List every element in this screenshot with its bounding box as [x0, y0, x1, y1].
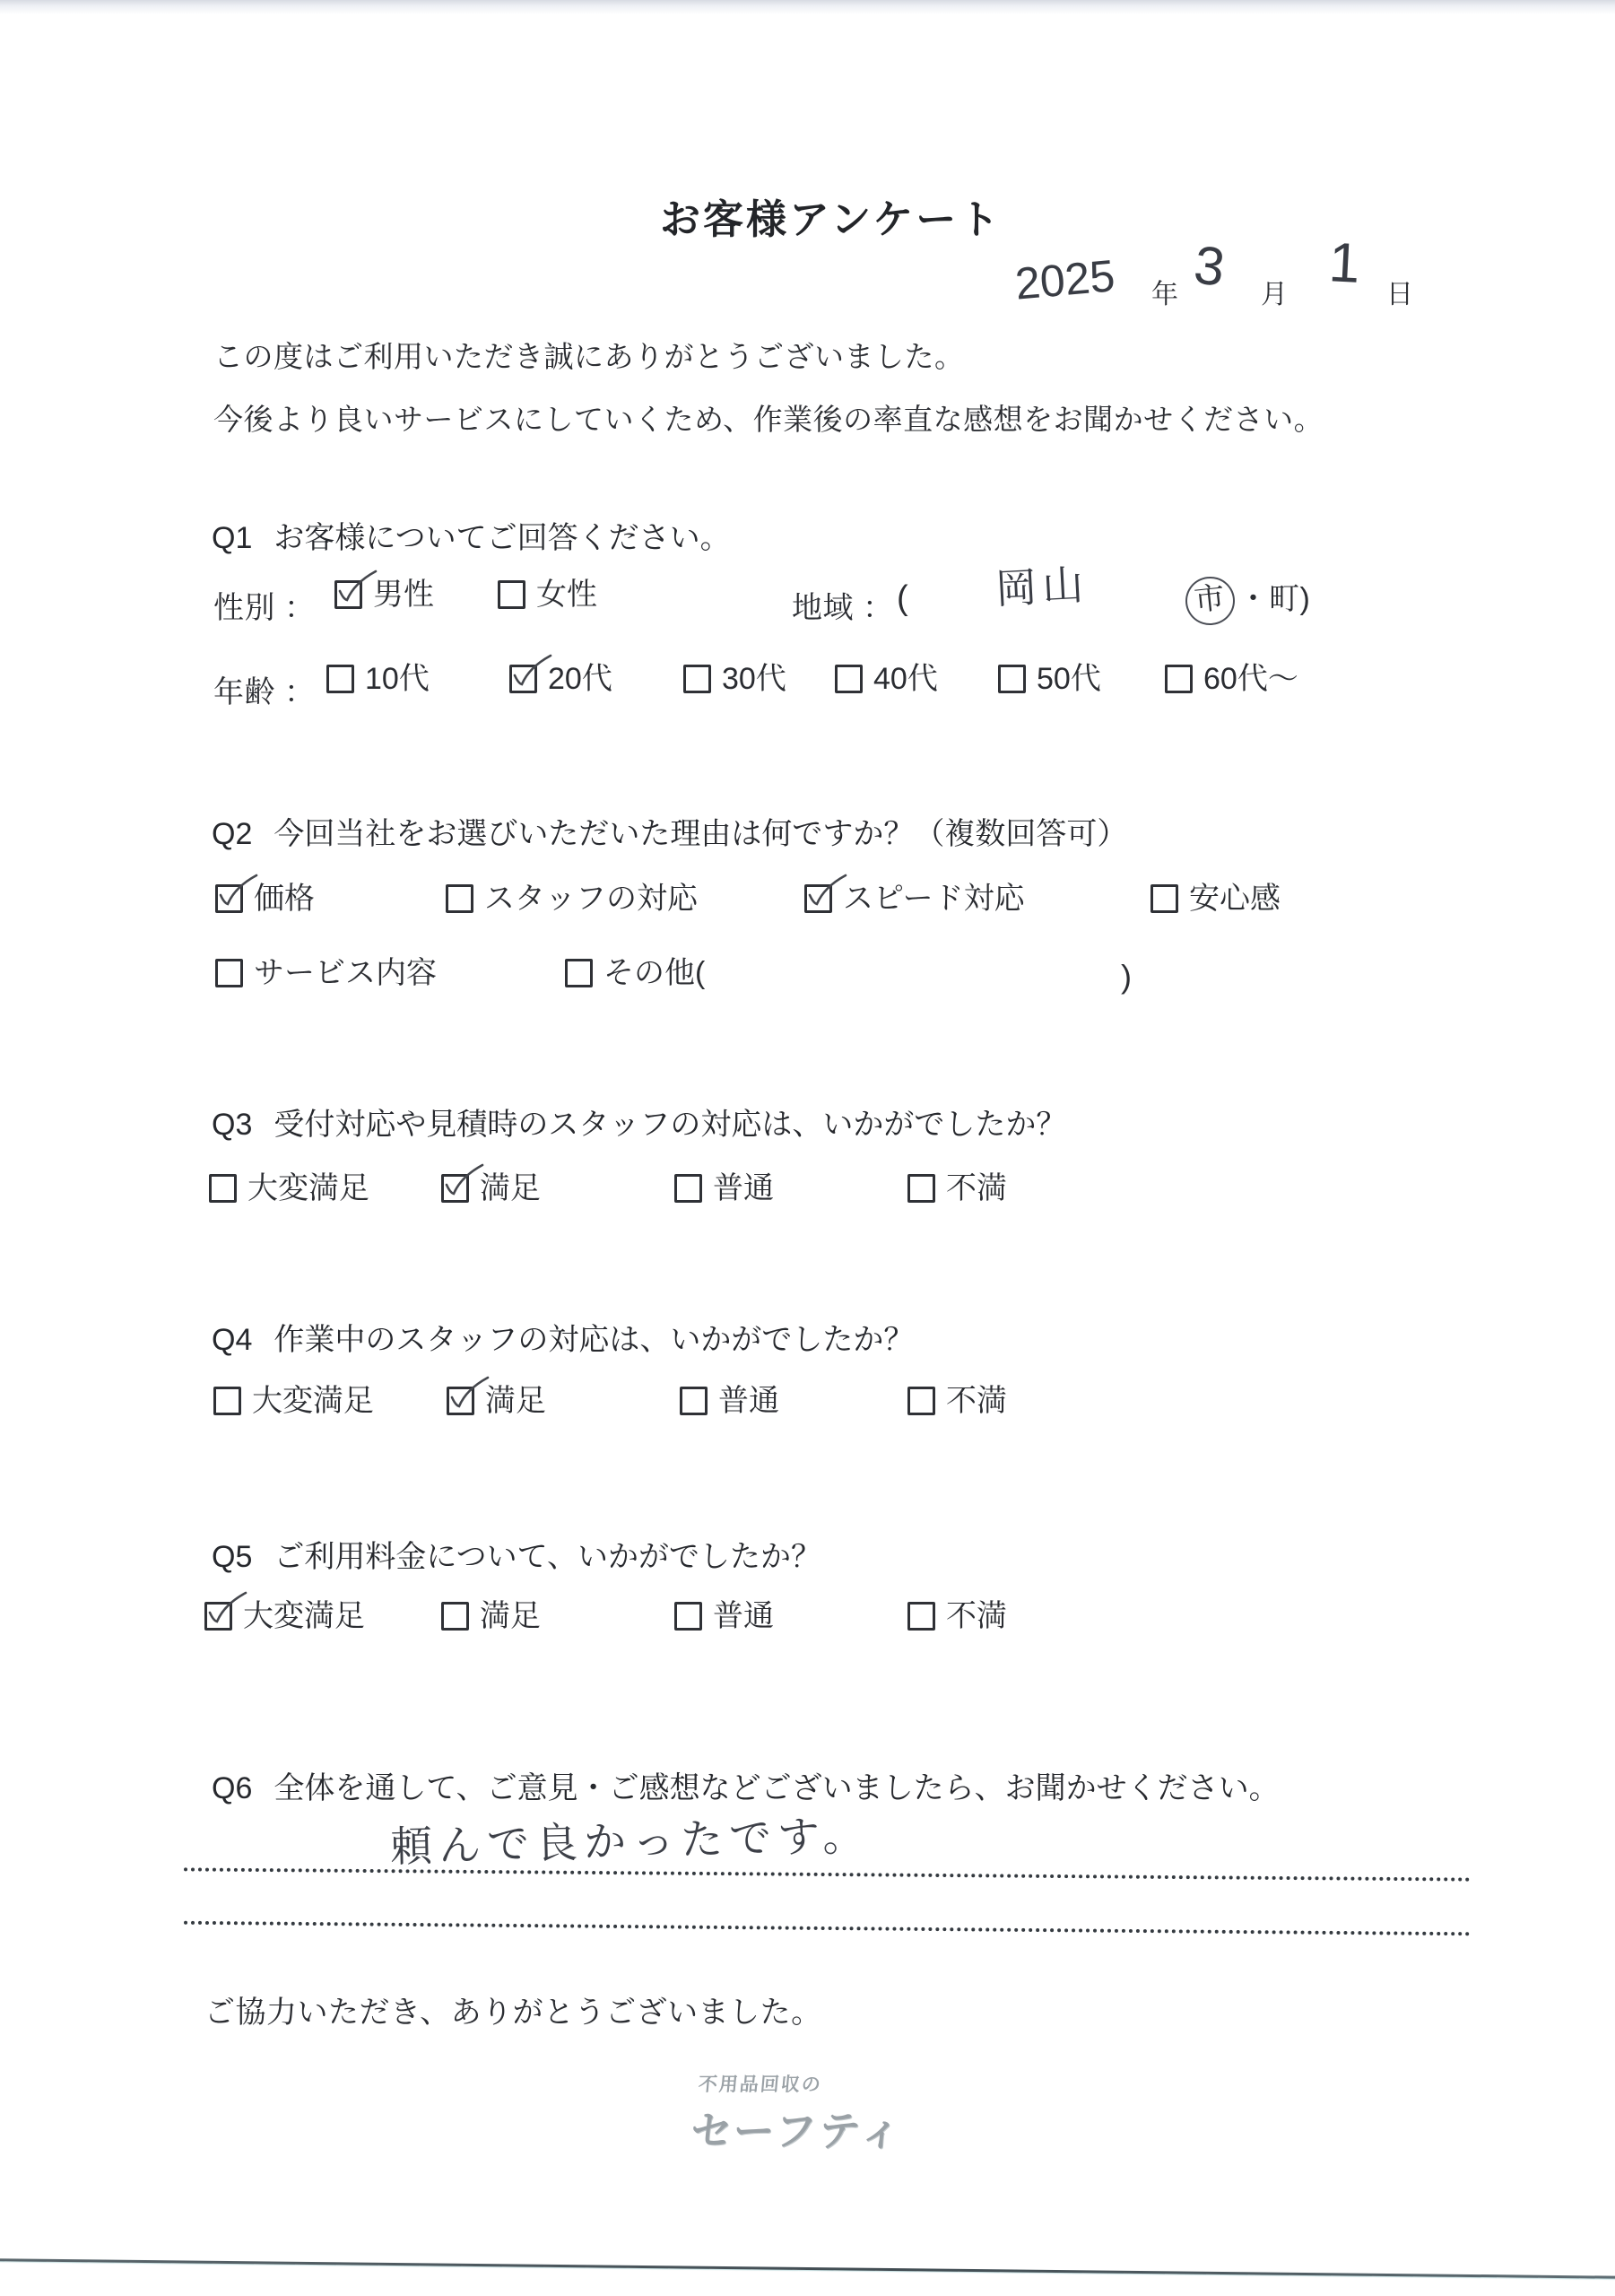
region-rest: ・町): [1238, 582, 1311, 616]
q1-heading: Q1お客様についてご回答ください。: [212, 513, 731, 557]
checkbox-label: 不満: [946, 1386, 1007, 1416]
q1-text: お客様についてご回答ください。: [274, 521, 730, 555]
intro-line-2: 今後より良いサービスにしていくため、作業後の率直な感想をお聞かせください。: [213, 396, 1324, 439]
q4-text: 作業中のスタッフの対応は、いかがでしたか？: [274, 1323, 914, 1357]
checkbox-label: 10代: [365, 664, 430, 694]
q4-heading: Q4作業中のスタッフの対応は、いかがでしたか？: [212, 1315, 914, 1359]
region-paren-open: (: [897, 579, 908, 618]
checkbox: [498, 580, 525, 609]
checkbox: [326, 665, 354, 693]
q6-text: 全体を通して、ご意見・ご感想などございましたら、お聞かせください。: [274, 1771, 1279, 1805]
answer-dotted-line-1: [184, 1867, 1471, 1881]
checkbox: [565, 959, 593, 987]
checkbox: [213, 1387, 241, 1415]
checkbox: [674, 1602, 702, 1631]
checkbox: [509, 665, 537, 693]
handwritten-check-icon: [508, 651, 554, 694]
gender-field-label: 性別 ：: [213, 583, 315, 627]
logo-tagline: 不用品回収の: [698, 2070, 909, 2097]
age-option-20s: 20代: [509, 664, 612, 694]
checkbox-label: 男性: [373, 579, 434, 610]
checkbox-label: スタッフの対応: [484, 883, 698, 914]
q4-option-unsatisfied: 不満: [907, 1386, 1007, 1416]
q2-option-other: その他(: [565, 958, 705, 988]
company-logo: 不用品回収の セーフティ: [689, 2070, 909, 2158]
gender-option-female: 女性: [498, 579, 597, 610]
checkbox: [334, 580, 362, 609]
checkbox: [215, 959, 243, 987]
checkbox-label: 普通: [718, 1386, 779, 1416]
checkbox: [441, 1174, 469, 1203]
handwritten-circle-mark: 市: [1183, 574, 1237, 627]
q5-number: Q5: [212, 1540, 252, 1574]
q5-option-very-satisfied: 大変満足: [204, 1601, 365, 1631]
q2-option-price: 価格: [215, 883, 315, 914]
age-option-50s: 50代: [998, 664, 1101, 694]
scan-noise-top-edge: [0, 0, 1615, 14]
logo-name: セーフティ: [689, 2099, 907, 2158]
region-value-handwritten: 岡山: [994, 552, 1090, 615]
q2-option-speed: スピード対応: [804, 883, 1025, 914]
scanned-survey-page: お客様アンケート 2025 年 3 月 1 日 この度はご利用いただき誠にありが…: [0, 0, 1615, 2296]
q3-option-neutral: 普通: [674, 1173, 774, 1204]
q5-option-neutral: 普通: [674, 1601, 774, 1631]
checkbox-label: 満足: [480, 1173, 541, 1204]
q2-heading: Q2今回当社をお選びいただいた理由は何ですか？（複数回答可）: [212, 809, 1127, 853]
closing-text: ご協力いただき、ありがとうございました。: [204, 1987, 822, 2031]
checkbox: [804, 884, 832, 913]
checkbox: [674, 1174, 702, 1203]
q3-option-very-satisfied: 大変満足: [209, 1173, 369, 1204]
checkbox: [204, 1602, 232, 1631]
checkbox-label: 60代～: [1203, 664, 1298, 694]
age-option-30s: 30代: [683, 664, 786, 694]
checkbox: [907, 1174, 935, 1203]
q4-option-neutral: 普通: [680, 1386, 779, 1416]
gender-option-male: 男性: [334, 579, 434, 610]
handwritten-check-icon: [445, 1373, 491, 1416]
region-suffix: 市・町): [1185, 574, 1310, 625]
date-month-handwritten: 3: [1191, 233, 1229, 299]
q1-number: Q1: [212, 521, 252, 555]
checkbox: [907, 1387, 935, 1415]
q5-option-satisfied: 満足: [441, 1601, 541, 1631]
checkbox: [209, 1174, 237, 1203]
region-field-label: 地域 ：: [792, 583, 893, 627]
checkbox: [1165, 665, 1193, 693]
q2-option-trust: 安心感: [1150, 883, 1281, 914]
checkbox-label: 20代: [548, 664, 612, 694]
checkbox-label: 女性: [536, 579, 597, 610]
checkbox-label: その他(: [603, 958, 705, 988]
checkbox: [441, 1602, 469, 1631]
handwritten-check-icon: [203, 1588, 249, 1631]
handwritten-check-icon: [213, 871, 260, 914]
checkbox-label: 大変満足: [252, 1386, 374, 1416]
checkbox-label: 50代: [1037, 664, 1101, 694]
q3-number: Q3: [212, 1108, 252, 1142]
q2-text: 今回当社をお選びいただいた理由は何ですか？（複数回答可）: [274, 817, 1127, 851]
checkbox-label: サービス内容: [254, 958, 437, 988]
handwritten-check-icon: [439, 1161, 486, 1204]
scan-paper-edge-line: [0, 2258, 1615, 2279]
date-day-unit: 日: [1386, 272, 1413, 311]
handwritten-check-icon: [333, 567, 379, 610]
page-title: お客様アンケート: [660, 187, 1002, 245]
q2-option-staff: スタッフの対応: [446, 883, 698, 914]
checkbox-label: 満足: [480, 1601, 541, 1631]
q6-number: Q6: [212, 1771, 252, 1805]
checkbox: [215, 884, 243, 913]
checkbox-label: 大変満足: [243, 1601, 365, 1631]
handwritten-check-icon: [803, 871, 849, 914]
checkbox: [907, 1602, 935, 1631]
checkbox: [835, 665, 863, 693]
checkbox-label: 不満: [946, 1601, 1007, 1631]
checkbox-label: スピード対応: [843, 883, 1025, 914]
checkbox: [683, 665, 711, 693]
q2-option-service: サービス内容: [215, 958, 437, 988]
checkbox: [998, 665, 1026, 693]
age-option-10s: 10代: [326, 664, 430, 694]
q3-heading: Q3受付対応や見積時のスタッフの対応は、いかがでしたか？: [212, 1100, 1066, 1144]
q2-other-close-paren: ): [1121, 958, 1133, 996]
region-circled-char: 市: [1193, 580, 1227, 617]
checkbox-label: 30代: [722, 664, 786, 694]
age-field-label: 年齢 ：: [213, 667, 315, 711]
q5-option-unsatisfied: 不満: [907, 1601, 1007, 1631]
checkbox: [680, 1387, 708, 1415]
date-month-unit: 月: [1261, 272, 1288, 311]
q5-text: ご利用料金について、いかがでしたか？: [274, 1540, 821, 1574]
checkbox-label: 不満: [946, 1173, 1007, 1204]
q4-number: Q4: [212, 1323, 252, 1357]
q6-answer-handwritten: 頼んで良かったです。: [389, 1802, 872, 1874]
q2-number: Q2: [212, 817, 252, 851]
q4-option-very-satisfied: 大変満足: [213, 1386, 374, 1416]
checkbox-label: 普通: [713, 1173, 774, 1204]
checkbox-label: 大変満足: [247, 1173, 369, 1204]
checkbox: [1150, 884, 1178, 913]
age-option-60s: 60代～: [1165, 664, 1298, 694]
checkbox-label: 普通: [713, 1601, 774, 1631]
checkbox: [447, 1387, 474, 1415]
checkbox-label: 満足: [485, 1386, 546, 1416]
q6-heading: Q6全体を通して、ご意見・ご感想などございましたら、お聞かせください。: [212, 1763, 1280, 1807]
date-year-unit: 年: [1151, 272, 1178, 311]
q3-option-satisfied: 満足: [441, 1173, 541, 1204]
q4-option-satisfied: 満足: [447, 1386, 546, 1416]
q3-option-unsatisfied: 不満: [907, 1173, 1007, 1204]
date-year-handwritten: 2025: [1013, 249, 1117, 309]
q3-text: 受付対応や見積時のスタッフの対応は、いかがでしたか？: [274, 1108, 1066, 1142]
age-option-40s: 40代: [835, 664, 938, 694]
answer-dotted-line-2: [184, 1921, 1471, 1936]
date-day-handwritten: 1: [1327, 230, 1361, 296]
q5-heading: Q5ご利用料金について、いかがでしたか？: [212, 1532, 821, 1576]
checkbox-label: 40代: [873, 664, 938, 694]
checkbox-label: 価格: [254, 883, 315, 914]
intro-line-1: この度はご利用いただき誠にありがとうございました。: [213, 334, 965, 376]
checkbox-label: 安心感: [1189, 883, 1281, 914]
checkbox: [446, 884, 473, 913]
